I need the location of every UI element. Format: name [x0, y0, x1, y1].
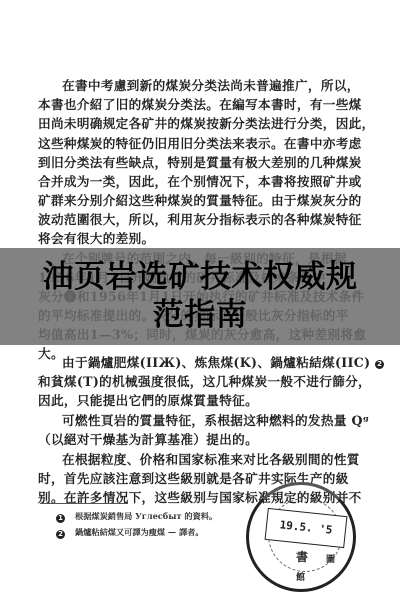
text-line-content: 由于鍋爐肥煤(IIЖ)、炼焦煤(K)、鍋爐粘結煤(IIC): [62, 355, 370, 370]
stamp-char: 書: [296, 548, 308, 565]
text-line: 将会有很大的差别。: [38, 231, 348, 247]
footnote-1: 1根据煤炭銷售局 Углесбыт 的資料。: [56, 511, 217, 523]
text-line: 因此，只能提出它們的原煤質量特征。: [38, 393, 348, 409]
text-line: 到旧分类法有些缺点，特别是質量有极大差别的几种煤炭: [38, 155, 348, 171]
footnote-text: 根据煤炭銷售局 Углесбыт 的資料。: [75, 511, 217, 521]
text-line: 在書中考慮到新的煤炭分类法尚未普遍推广，所以，: [62, 78, 348, 94]
text-line: （以絕对干燥基为計算基准）提出的。: [38, 432, 348, 448]
stamp-char: 圖: [326, 552, 335, 565]
overlay-title-line-1: 油页岩选矿技术权威规: [0, 258, 400, 296]
footnote-text: 鍋爐粘結煤又可譯为瘦煤 — 譯者。: [75, 527, 204, 537]
stamp-char: 館: [296, 570, 305, 583]
text-line: 田尚未明确规定各矿井的煤炭按新分类法进行分类，因此，: [38, 116, 348, 132]
overlay-title-line-2: 范指南: [0, 296, 400, 334]
footnote-2: 2鍋爐粘結煤又可譯为瘦煤 — 譯者。: [56, 527, 204, 539]
text-line: 矿群来分别介紹这些种煤炭的質量特征。由于煤炭灰分的: [38, 193, 348, 209]
footnote-divider: [40, 503, 128, 504]
overlay-title: 油页岩选矿技术权威规 范指南: [0, 258, 400, 334]
text-line: 可燃性頁岩的質量特征，系根据这种燃料的发热量 Qᵍ: [62, 413, 348, 429]
text-line: 这些种煤炭的特征仍旧用旧分类法来表示。在書中亦考虑: [38, 136, 348, 152]
text-line: 在根据粒度、价格和国家标准来对比各級别間的性質: [62, 452, 348, 468]
footnote-marker-2: 2: [375, 360, 384, 369]
text-line: 波动范圍很大，所以，利用灰分指标表示的各种煤炭特征: [38, 212, 348, 228]
text-line: 由于鍋爐肥煤(IIЖ)、炼焦煤(K)、鍋爐粘結煤(IIC) 2: [62, 355, 348, 371]
text-line: 和貧煤(T)的机械强度很低，这几种煤炭一般不进行篩分，: [38, 374, 348, 390]
footnote-marker-icon: 1: [56, 514, 65, 523]
text-line: 本書也介紹了旧的煤炭分类法。在編写本書时，有一些煤: [38, 97, 348, 113]
footnote-marker-icon: 2: [56, 530, 65, 539]
text-line: 合并成为一类，因此，在个别情况下，本書将按照矿井或: [38, 174, 348, 190]
